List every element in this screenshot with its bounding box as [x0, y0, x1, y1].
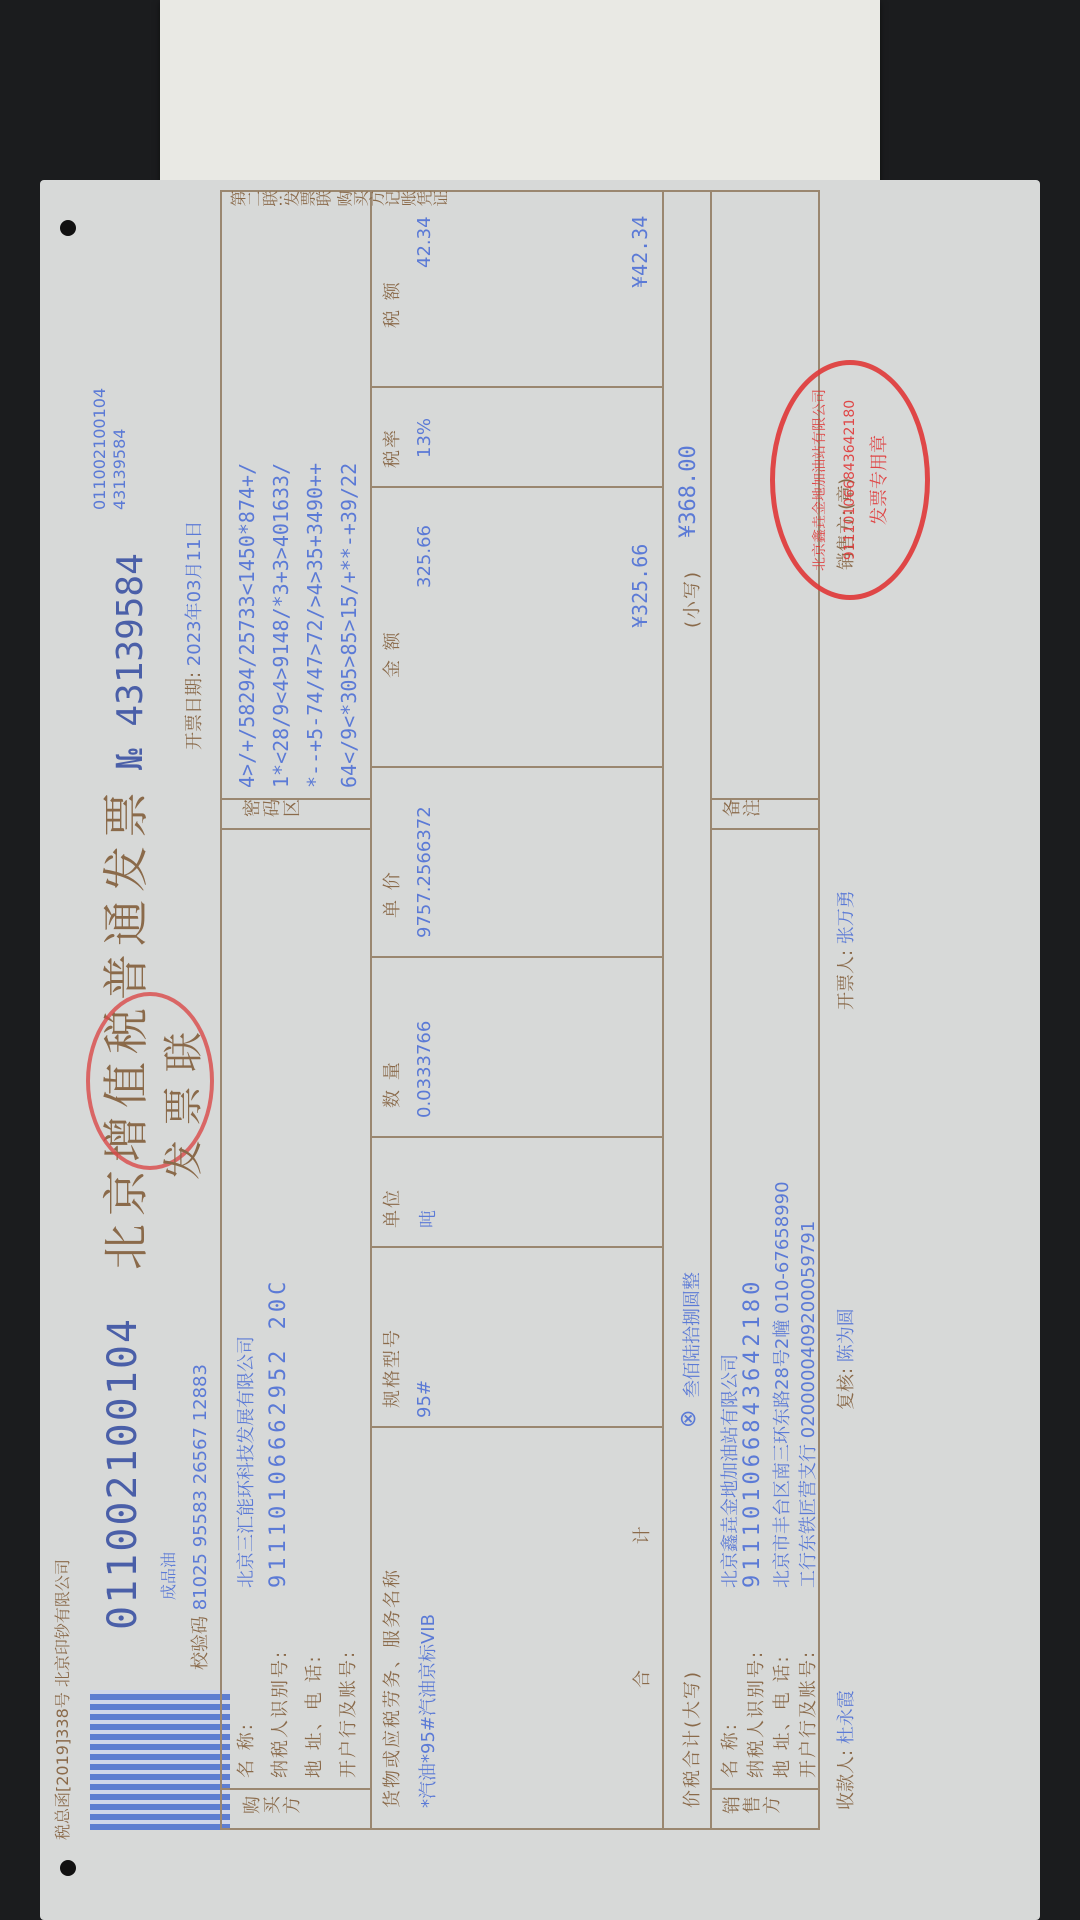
cipher-label: 密码区 [242, 797, 302, 823]
invoice-code: 011002100104 [100, 1317, 146, 1630]
total-label: 合 计 [628, 1466, 654, 1688]
table-row: *汽油*95#汽油京标VIB 95# 吨 0.0333766 9757.2566… [408, 192, 448, 1828]
item-unit: 吨 [414, 1210, 440, 1228]
seller-name: 北京鑫垚金地加油站有限公司 [716, 1354, 742, 1588]
header-price: 单 价 [378, 870, 404, 918]
reviewer-name: 陈为圆 [836, 1308, 857, 1362]
seller-address: 北京市丰台区南三环东路28号2幢 010-67658990 [768, 1181, 794, 1588]
stamp-line: 发票专用章 [865, 365, 895, 595]
cipher-line: 64</9<*305>85>15/+**-+39/22 [332, 202, 366, 788]
seller-tax-id: 911101066843642180 [740, 1278, 765, 1588]
seller-bank: 工行东铁匠营支行 0200000409200059791 [794, 1221, 820, 1588]
remarks-label-cell: 备注 [712, 798, 820, 828]
stamp-line: 911101066843642180 [835, 365, 865, 595]
grand-total-label: 价税合计(大写) [678, 1670, 704, 1808]
invoice-number: № 43139584 [110, 553, 151, 770]
grand-total-small-label: (小写) [678, 570, 704, 628]
print-note: 税总函[2019]338号 北京印钞有限公司 [50, 1559, 73, 1840]
perforation-hole [60, 220, 76, 236]
copy-side-note: 第二联:发票联 购买方记账凭证 [230, 190, 448, 210]
item-price: 9757.2566372 [414, 806, 435, 938]
item-tax: 42.34 [414, 216, 435, 268]
item-qty: 0.0333766 [414, 1021, 435, 1118]
number-value: 43139584 [110, 553, 151, 726]
issuer-name: 张万勇 [836, 890, 857, 944]
copy-label: 发票联 [152, 1018, 209, 1180]
seller-section-label: 销售方 [722, 1794, 782, 1820]
cipher-area: 4>/+/58294/25733<1450*874+/ 1*<28/9<4>91… [222, 192, 372, 798]
payee-label: 收款人: [836, 1750, 857, 1810]
payee: 收款人: 杜永霞 [832, 1690, 858, 1810]
cipher-line: 4>/+/58294/25733<1450*874+/ [230, 202, 264, 788]
invoice-grid: 购买方 名 称: 北京三汇能环科技发展有限公司 纳税人识别号: 91110106… [220, 190, 820, 1830]
header-rate: 税率 [378, 428, 404, 468]
seller-address-label: 地 址、电 话: [768, 1654, 794, 1778]
item-rate: 13% [414, 418, 435, 458]
item-name: *汽油*95#汽油京标VIB [414, 1614, 440, 1808]
issue-date: 开票日期: 2023年03月11日 [180, 521, 206, 750]
check-code-value: 81025 95583 26567 12883 [190, 1364, 211, 1610]
cipher-line: *--+5-74/47>72/>4>35+3490++ [298, 202, 332, 788]
buyer-section-label: 购买方 [242, 1794, 302, 1820]
grand-total-small: ¥368.00 [676, 445, 701, 538]
date-label: 开票日期: [184, 672, 205, 750]
cross-circle-icon: ⊗ [676, 1410, 701, 1428]
buyer-tax-id-label: 纳税人识别号: [266, 1650, 292, 1778]
perforation-hole [60, 1860, 76, 1876]
check-code-label: 校验码 [190, 1616, 211, 1670]
item-spec: 95# [414, 1380, 435, 1418]
cipher-label-cell: 密码区 [222, 798, 372, 828]
qr-code [90, 1690, 230, 1830]
buyer-tax-id: 91110106662952 20C [266, 1278, 291, 1588]
printed-code: 011002100104 [90, 388, 110, 510]
reviewer: 复核: 陈为圆 [832, 1308, 858, 1410]
items-header-row: 货物或应税劳务、服务名称 规格型号 单位 数 量 单 价 金 额 税率 税 额 [372, 192, 408, 1828]
printed-code-block: 011002100104 43139584 [90, 388, 130, 510]
header-tax: 税 额 [378, 280, 404, 328]
header-qty: 数 量 [378, 1060, 404, 1108]
remarks-label: 备注 [722, 797, 762, 823]
buyer-address-label: 地 址、电 话: [300, 1654, 326, 1778]
totals-row: 合 计 ¥325.66 ¥42.34 [618, 192, 662, 1828]
stamp-line: 北京鑫垚金地加油站有限公司 [805, 365, 835, 595]
header-spec: 规格型号 [378, 1328, 404, 1408]
payee-name: 杜永霞 [836, 1690, 857, 1744]
grand-total-row: 价税合计(大写) ⊗ 叁佰陆拾捌圆整 (小写) ¥368.00 [662, 192, 712, 1828]
grand-total-upper: 叁佰陆拾捌圆整 [678, 1272, 704, 1398]
header-name: 货物或应税劳务、服务名称 [378, 1568, 404, 1808]
header-amount: 金 额 [378, 630, 404, 678]
seller-name-label: 名 称: [716, 1722, 742, 1778]
seller-section-label-cell: 销售方 [712, 1788, 820, 1828]
header-unit: 单位 [378, 1188, 404, 1228]
product-label: 成品油 [156, 1552, 179, 1600]
seller-invoice-stamp: 北京鑫垚金地加油站有限公司 911101066843642180 发票专用章 [770, 360, 930, 600]
buyer-name-label: 名 称: [232, 1722, 258, 1778]
buyer-bank-label: 开户行及账号: [334, 1650, 360, 1778]
cipher-line: 1*<28/9<4>9148/*3+3>401633/ [264, 202, 298, 788]
total-amount: ¥325.66 [628, 544, 652, 628]
check-code: 校验码 81025 95583 26567 12883 [186, 1364, 212, 1670]
seller-bank-label: 开户行及账号: [794, 1650, 820, 1778]
buyer-section-label-cell: 购买方 [222, 1788, 372, 1828]
buyer-name: 北京三汇能环科技发展有限公司 [232, 1336, 258, 1588]
invoice: 011002100104 成品油 校验码 81025 95583 26567 1… [80, 190, 940, 1830]
issuer-label: 开票人: [836, 950, 857, 1010]
item-amount: 325.66 [414, 525, 435, 588]
seller-tax-id-label: 纳税人识别号: [742, 1650, 768, 1778]
printed-no: 43139584 [110, 388, 130, 510]
number-prefix: № [110, 748, 151, 770]
seller-info: 名 称: 北京鑫垚金地加油站有限公司 纳税人识别号: 9111010668436… [712, 828, 820, 1788]
reviewer-label: 复核: [836, 1368, 857, 1410]
buyer-info: 名 称: 北京三汇能环科技发展有限公司 纳税人识别号: 911101066629… [222, 828, 372, 1788]
total-tax: ¥42.34 [628, 216, 652, 288]
date-value: 2023年03月11日 [184, 521, 205, 667]
issuer: 开票人: 张万勇 [832, 890, 858, 1010]
